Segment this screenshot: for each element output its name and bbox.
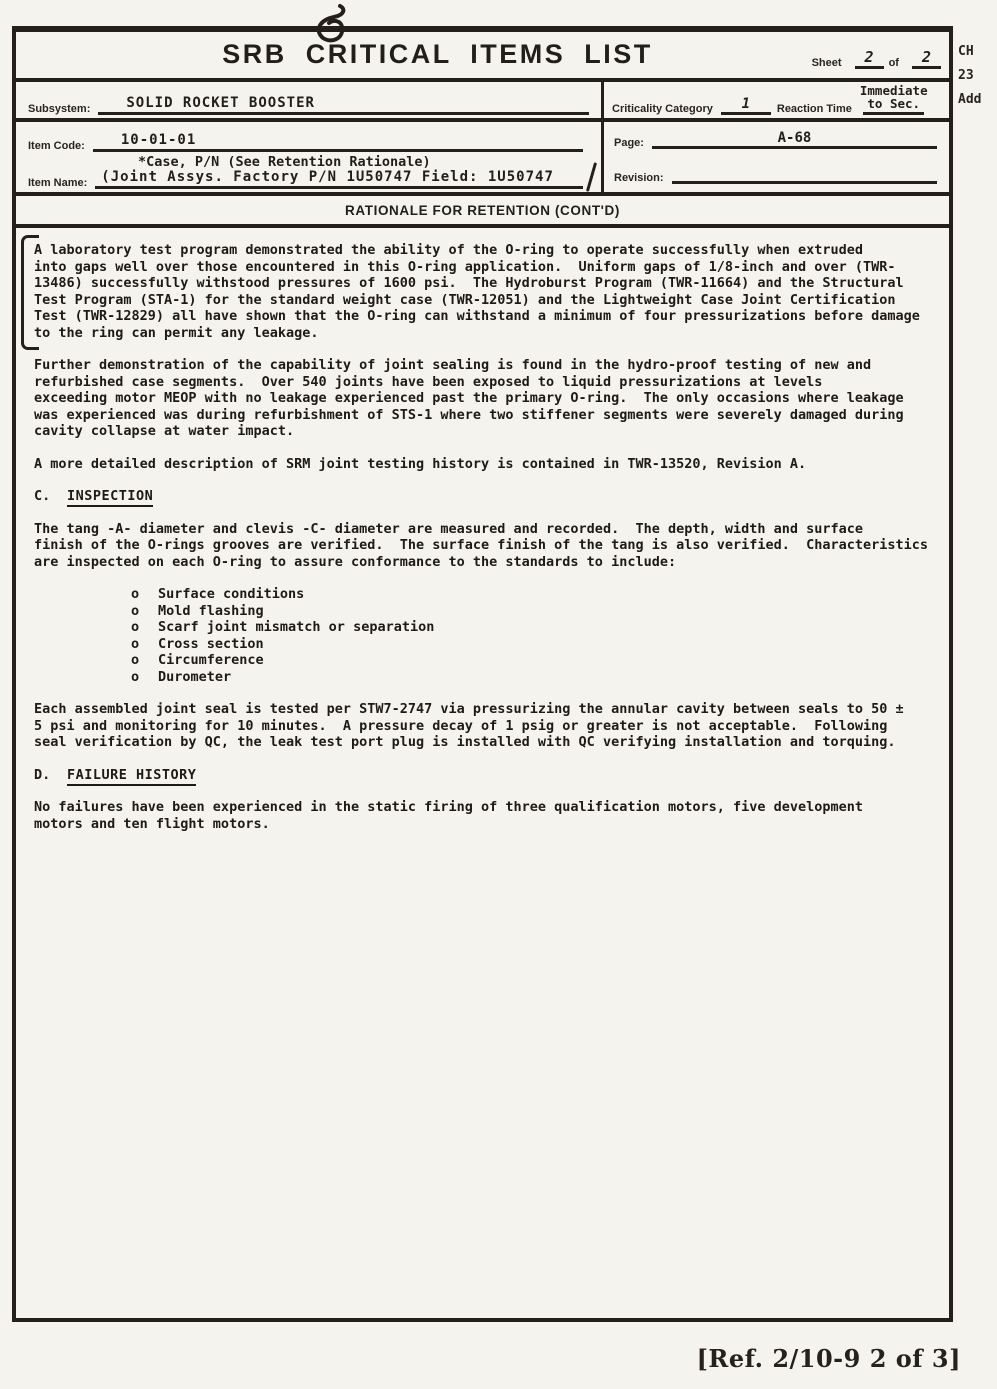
section-c-title: INSPECTION [67,488,153,507]
section-c-letter: C. [34,488,67,505]
section-bar: RATIONALE FOR RETENTION (CONT'D) [16,196,949,228]
bullet-icon: o [131,586,158,603]
list-item: oMold flashing [131,603,939,620]
item-name-label: Item Name: [28,177,95,189]
paragraph-2: Further demonstration of the capability … [34,357,939,440]
header-row-item: Item Code: 10-01-01 *Case, P/N (See Rete… [16,122,949,196]
margin-change-note: CH 23 Add [958,40,997,112]
section-d-heading: D.FAILURE HISTORY [34,767,939,784]
paragraph-1-wrap: A laboratory test program demonstrated t… [34,242,939,341]
list-item: oDurometer [131,669,939,686]
page-field: Page: A-68 [614,130,937,149]
margin-note-line: 23 [958,64,997,88]
list-item: oSurface conditions [131,586,939,603]
subsystem-label: Subsystem: [28,103,98,115]
scanned-document-page: CH 23 Add SRB CRITICAL ITEMS LIST Sheet … [0,0,997,1389]
item-name-line1: *Case, P/N (See Retention Rationale) [138,154,431,170]
section-d-title: FAILURE HISTORY [67,767,196,786]
paragraph-3: A more detailed description of SRM joint… [34,456,939,473]
margin-note-line: CH [958,40,997,64]
list-item-label: Cross section [158,636,264,653]
bullet-icon: o [131,669,158,686]
reaction-time-label: Reaction Time [777,103,860,115]
margin-bracket-mark [21,235,39,350]
document-body: A laboratory test program demonstrated t… [16,228,949,832]
revision-value [672,165,937,184]
margin-note-line: Add [958,88,997,112]
item-name-line2: (Joint Assys. Factory P/N 1U50747 Field:… [95,169,583,189]
paragraph-6: No failures have been experienced in the… [34,799,939,832]
title-row: SRB CRITICAL ITEMS LIST Sheet 2 of 2 [16,32,949,82]
list-item-label: Mold flashing [158,603,264,620]
list-item: oCross section [131,636,939,653]
list-item: oScarf joint mismatch or separation [131,619,939,636]
subsystem-value: SOLID ROCKET BOOSTER [98,95,589,115]
item-name-field: *Case, P/N (See Retention Rationale) Ite… [16,152,601,192]
item-code-field: Item Code: 10-01-01 [16,122,601,152]
section-c-heading: C.INSPECTION [34,488,939,505]
sheet-number-value: 2 [855,50,884,69]
bullet-icon: o [131,603,158,620]
list-item: oCircumference [131,652,939,669]
reaction-time-value-bottom: to Sec. [863,97,924,115]
inspection-bullet-list: oSurface conditions oMold flashing oScar… [131,586,939,685]
section-bar-title: RATIONALE FOR RETENTION (CONT'D) [345,203,620,218]
bullet-icon: o [131,652,158,669]
bullet-icon: o [131,636,158,653]
revision-field: Revision: [614,165,937,184]
sheet-field: Sheet 2 of 2 [812,50,941,69]
revision-label: Revision: [614,172,672,184]
item-cell: Item Code: 10-01-01 *Case, P/N (See Rete… [16,122,601,192]
paragraph-4: The tang -A- diameter and clevis -C- dia… [34,521,939,571]
bullet-icon: o [131,619,158,636]
reference-citation: [Ref. 2/10-9 2 of 3] [697,1344,961,1373]
header-row-subsystem: Subsystem: SOLID ROCKET BOOSTER Critical… [16,82,949,122]
sheet-total-value: 2 [912,50,941,69]
list-item-label: Surface conditions [158,586,304,603]
item-name-line2-row: Item Name: (Joint Assys. Factory P/N 1U5… [28,169,583,189]
page-revision-cell: Page: A-68 Revision: [601,122,949,192]
item-code-value: 10-01-01 [93,132,583,152]
sheet-of-label: of [889,57,907,69]
list-item-label: Scarf joint mismatch or separation [158,619,434,636]
list-item-label: Durometer [158,669,231,686]
paragraph-1: A laboratory test program demonstrated t… [34,242,939,341]
document-title: SRB CRITICAL ITEMS LIST [76,39,799,70]
list-item-label: Circumference [158,652,264,669]
paragraph-5: Each assembled joint seal is tested per … [34,701,939,751]
page-label: Page: [614,137,652,149]
subsystem-field: Subsystem: SOLID ROCKET BOOSTER [16,82,601,118]
page-value: A-68 [652,130,937,149]
section-d-letter: D. [34,767,67,784]
criticality-field: Criticality Category 1 Reaction Time Imm… [601,82,949,118]
sheet-label: Sheet [812,57,850,69]
item-code-label: Item Code: [28,140,93,152]
cil-form: SRB CRITICAL ITEMS LIST Sheet 2 of 2 Sub… [12,26,953,1322]
criticality-value: 1 [721,97,771,115]
reaction-time-value: Immediate to Sec. [860,85,928,115]
criticality-label: Criticality Category [612,103,721,115]
